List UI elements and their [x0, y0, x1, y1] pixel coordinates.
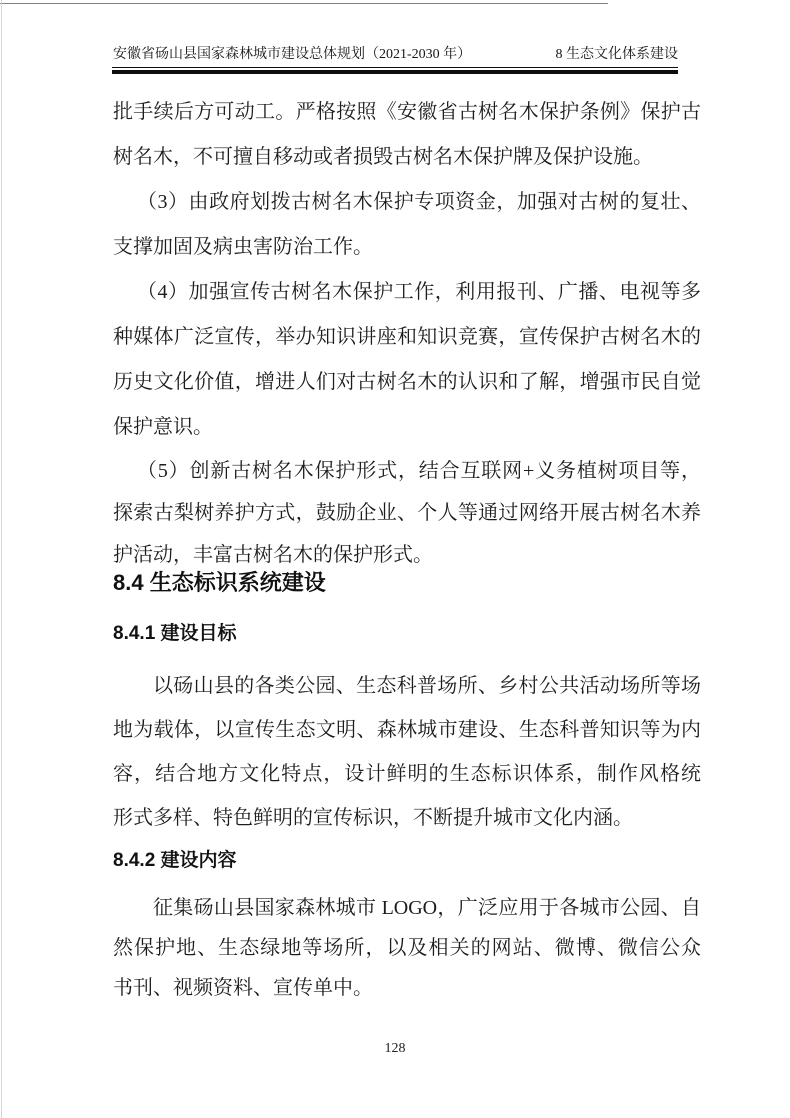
- text-line: 以砀山县的各类公园、生态科普场所、乡村公共活动场所等场: [113, 664, 701, 708]
- page-header: 安徽省砀山县国家森林城市建设总体规划（2021-2030 年） 8 生态文化体系…: [113, 46, 678, 64]
- text-line: 种媒体广泛宣传，举办知识讲座和知识竞赛，宣传保护古树名木的: [113, 315, 701, 360]
- paragraph-item-5: （5）创新古树名木保护形式，结合互联网+义务植树项目等， 探索古梨树养护方式，鼓…: [113, 450, 701, 576]
- paragraph-item-4: （4）加强宣传古树名木保护工作，利用报刊、广播、电视等多 种媒体广泛宣传，举办知…: [113, 270, 701, 450]
- paragraph-item-3: （3）由政府划拨古树名木保护专项资金，加强对古树的复壮、 支撑加固及病虫害防治工…: [113, 180, 701, 270]
- text-line: 探索古梨树养护方式，鼓励企业、个人等通过网络开展古树名木养: [113, 492, 701, 534]
- text-line: 然保护地、生态绿地等场所，以及相关的网站、微博、微信公众号、: [113, 928, 701, 968]
- text-line: （4）加强宣传古树名木保护工作，利用报刊、广播、电视等多: [113, 270, 701, 315]
- text-line: 批手续后方可动工。严格按照《安徽省古树名木保护条例》保护古: [113, 90, 701, 135]
- paragraph-8-4-1: 以砀山县的各类公园、生态科普场所、乡村公共活动场所等场 地为载体，以宣传生态文明…: [113, 664, 701, 840]
- text-line: 书刊、视频资料、宣传单中。: [113, 968, 701, 1008]
- subsection-heading-8-4-1: 8.4.1 建设目标: [113, 622, 701, 646]
- header-right-title: 8 生态文化体系建设: [556, 46, 679, 64]
- document-page: 安徽省砀山县国家森林城市建设总体规划（2021-2030 年） 8 生态文化体系…: [0, 0, 790, 1118]
- page-number: 128: [0, 1040, 790, 1058]
- text-line: 历史文化价值，增进人们对古树名木的认识和了解，增强市民自觉: [113, 360, 701, 405]
- subsection-heading-8-4-2: 8.4.2 建设内容: [113, 849, 701, 873]
- text-line: 保护意识。: [113, 405, 701, 450]
- text-line: 地为载体，以宣传生态文明、森林城市建设、生态科普知识等为内: [113, 708, 701, 752]
- header-rule-thick: [112, 70, 678, 74]
- text-line: 征集砀山县国家森林城市 LOGO，广泛应用于各城市公园、自: [113, 888, 701, 928]
- text-line: 支撑加固及病虫害防治工作。: [113, 225, 701, 270]
- section-heading-8-4: 8.4 生态标识系统建设: [113, 569, 701, 597]
- text-line: 形式多样、特色鲜明的宣传标识，不断提升城市文化内涵。: [113, 796, 701, 840]
- header-rule-thin: [112, 67, 678, 68]
- text-line: （5）创新古树名木保护形式，结合互联网+义务植树项目等，: [113, 450, 701, 492]
- scan-edge-left: [1, 0, 2, 1118]
- header-left-title: 安徽省砀山县国家森林城市建设总体规划（2021-2030 年）: [113, 46, 471, 64]
- text-line: 树名木，不可擅自移动或者损毁古树名木保护牌及保护设施。: [113, 135, 701, 180]
- text-line: 容，结合地方文化特点，设计鲜明的生态标识体系，制作风格统一、: [113, 752, 701, 796]
- text-line: （3）由政府划拨古树名木保护专项资金，加强对古树的复壮、: [113, 180, 701, 225]
- paragraph-8-4-2: 征集砀山县国家森林城市 LOGO，广泛应用于各城市公园、自 然保护地、生态绿地等…: [113, 888, 701, 1008]
- paragraph-continuation: 批手续后方可动工。严格按照《安徽省古树名木保护条例》保护古 树名木，不可擅自移动…: [113, 90, 701, 180]
- scan-edge-top: [0, 3, 608, 4]
